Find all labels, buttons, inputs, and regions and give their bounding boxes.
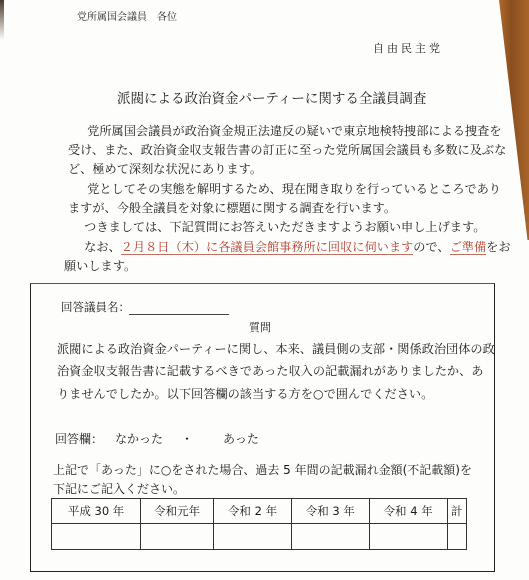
addressee: 党所属国会議員 各位 (77, 8, 177, 23)
notice-line-2: 願いします。 (64, 257, 136, 274)
survey-form-box: 回答議員名： 質問 派閥による政治資金パーティーに関し、本来、議員側の支部・関係… (30, 283, 495, 572)
respondent-name-field[interactable] (129, 314, 229, 315)
body-line: ますが、今般全議員を対象に標題に関する調査を行います。 (68, 199, 396, 216)
header-r4: 令和 4 年 (369, 499, 447, 524)
answer-option-yes[interactable]: あった (223, 430, 259, 447)
value-total[interactable] (447, 524, 466, 550)
preparation-highlight: ご準備 (450, 240, 487, 255)
question-line: りませんでしたか。以下回答欄の該当する方を○で囲んでください。 (57, 385, 433, 402)
document-title: 派閥による政治資金パーティーに関する全議員調査 (117, 87, 426, 107)
followup-line: 上記で「あった」に○をされた場合、過去 5 年間の記載漏れ金額(不記載額)を (53, 461, 472, 478)
value-h30[interactable] (52, 524, 141, 550)
value-r4[interactable] (369, 524, 447, 550)
notice-middle: ので、 (413, 240, 449, 254)
survey-document: 党所属国会議員 各位 自由民主党 派閥による政治資金パーティーに関する全議員調査… (0, 0, 510, 580)
followup-line: 下記にご記入ください。 (53, 480, 185, 497)
answer-option-none[interactable]: なかった (115, 430, 163, 447)
table-value-row (52, 524, 467, 550)
notice-line: なお、２月８日（木）に各議員会館事務所に回収に伺いますので、ご準備をお (72, 238, 511, 255)
respondent-label: 回答議員名： (61, 299, 130, 315)
body-line: 受け、また、政治資金収支報告書の訂正に至った党所属国会議員も多数に及ぶな (68, 141, 506, 158)
body-line: 党としてその実態を解明するため、現在聞き取りを行っているところであり (75, 180, 501, 197)
body-line: 党所属国会議員が政治資金規正法違反の疑いで東京地検特捜部による捜査を (75, 122, 502, 139)
collection-date-highlight: ２月８日（木）に各議員会館事務所に回収に伺います (121, 240, 414, 255)
header-total: 計 (447, 499, 466, 524)
question-heading: 質問 (249, 319, 271, 335)
header-r3: 令和 3 年 (291, 499, 369, 524)
value-r2[interactable] (214, 524, 292, 550)
value-r1[interactable] (141, 524, 214, 550)
sender: 自由民主党 (373, 40, 443, 56)
header-h30: 平成 30 年 (52, 499, 141, 524)
notice-suffix: をお (486, 240, 510, 254)
body-line: つきましては、下記質問にお答えいただきますようお願い申し上げます。 (72, 218, 485, 235)
question-line: 治資金収支報告書に記載するべきであった収入の記載漏れがありましたか、あ (57, 362, 483, 379)
answer-separator: ・ (181, 430, 193, 447)
header-r1: 令和元年 (141, 499, 214, 524)
unreported-amount-table: 平成 30 年 令和元年 令和 2 年 令和 3 年 令和 4 年 計 (51, 498, 467, 550)
question-line: 派閥による政治資金パーティーに関し、本来、議員側の支部・関係政治団体の政 (57, 340, 495, 357)
header-r2: 令和 2 年 (214, 499, 292, 524)
notice-prefix: なお、 (72, 240, 121, 254)
answer-label: 回答欄： (55, 430, 103, 447)
table-header-row: 平成 30 年 令和元年 令和 2 年 令和 3 年 令和 4 年 計 (52, 499, 467, 524)
body-line: ど、極めて深刻な状況にあります。 (68, 160, 262, 177)
value-r3[interactable] (291, 524, 369, 550)
